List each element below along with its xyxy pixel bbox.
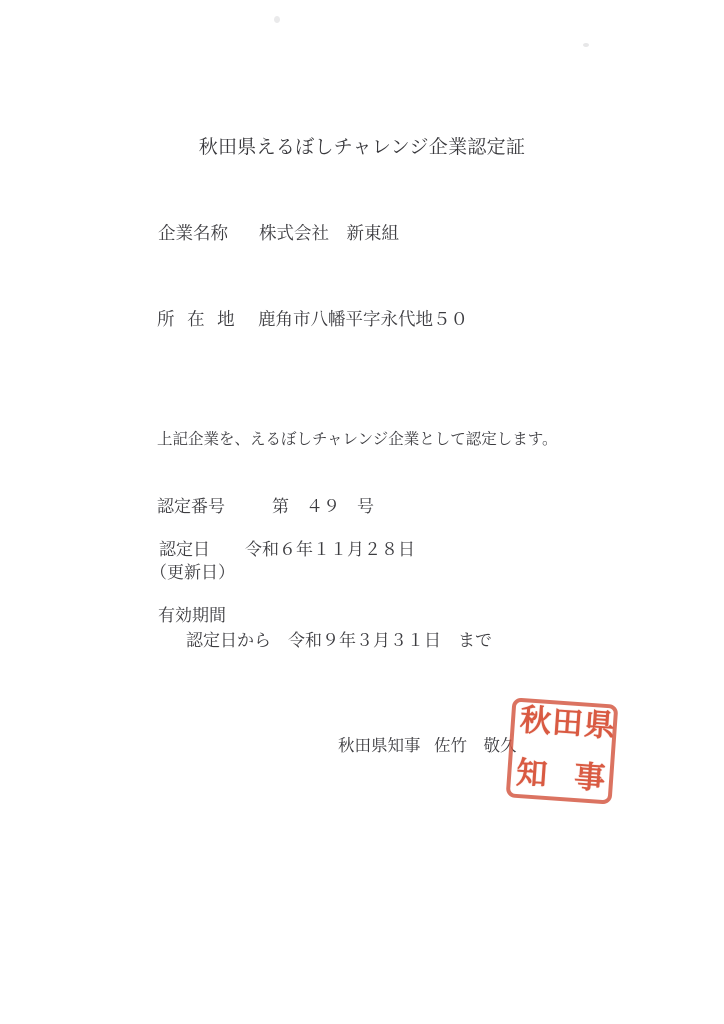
- validity-period-value: 認定日から 令和９年３月３１日 まで: [186, 631, 492, 652]
- governor-seal: 秋田県 知事: [506, 697, 619, 804]
- governor-title: 秋田県知事: [338, 736, 421, 757]
- certification-date-value: 令和６年１１月２８日: [245, 540, 415, 561]
- address-label: 所 在 地: [157, 310, 235, 332]
- company-name-value: 株式会社 新東組: [259, 224, 399, 246]
- renewal-date-label: （更新日）: [150, 563, 235, 584]
- certification-statement: 上記企業を、えるぼしチャレンジ企業として認定します。: [157, 430, 558, 449]
- governor-seal-top-text: 秋田県: [519, 705, 610, 742]
- certificate-title: 秋田県えるぼしチャレンジ企業認定証: [199, 136, 526, 160]
- company-name-label: 企業名称: [158, 224, 228, 246]
- certification-number-value: 第 ４９ 号: [272, 497, 374, 518]
- scan-speck: [583, 43, 589, 47]
- scan-speck: [274, 16, 280, 23]
- governor-name: 佐竹 敬久: [434, 736, 517, 757]
- validity-period-label: 有効期間: [158, 606, 226, 627]
- certificate-page: 秋田県えるぼしチャレンジ企業認定証 企業名称 株式会社 新東組 所 在 地 鹿角…: [0, 0, 724, 1024]
- governor-seal-bottom-text: 知事: [515, 758, 606, 795]
- certification-number-label: 認定番号: [157, 497, 225, 518]
- address-value: 鹿角市八幡平字永代地５０: [258, 310, 468, 332]
- certification-date-label: 認定日: [159, 540, 210, 561]
